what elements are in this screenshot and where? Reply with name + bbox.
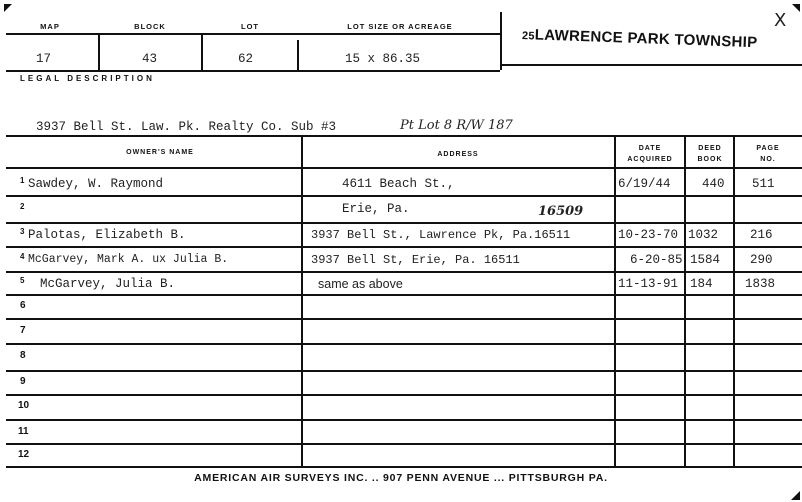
corner-mark-bottom-right (791, 491, 800, 500)
lot-value: 62 (238, 52, 253, 66)
address-header: ADDRESS (303, 149, 613, 160)
row-rule (6, 246, 802, 248)
map-value: 17 (36, 52, 51, 66)
row-number: 11 (18, 426, 29, 437)
row-number: 7 (20, 325, 26, 336)
header-divider (98, 35, 100, 70)
row-number: 9 (20, 376, 26, 387)
lot-size-value: 15 x 86.35 (345, 52, 420, 66)
date-acquired: 10-23-70 (618, 228, 678, 242)
legal-description-handwritten: Pt Lot 8 R/W 187 (400, 118, 513, 133)
corner-mark-top-left (4, 4, 12, 12)
block-label: BLOCK (100, 22, 200, 31)
row-rule (6, 167, 802, 169)
page-no-header: PAGE NO. (736, 143, 800, 165)
row-number: 8 (20, 350, 26, 361)
deed-book: 1032 (688, 228, 718, 242)
legal-description-typed: 3937 Bell St. Law. Pk. Realty Co. Sub #3 (36, 120, 336, 134)
row-number: 4 (20, 252, 24, 261)
row-rule (6, 394, 802, 396)
corner-mark-top-right (792, 4, 800, 12)
owner-address: 3937 Bell St, Erie, Pa. 16511 (311, 253, 520, 267)
township-box-divider (500, 12, 502, 70)
corner-x-mark: X (774, 10, 786, 31)
date-acquired-header: DATE ACQUIRED (616, 143, 684, 165)
address-zip-handwritten: 16509 (538, 204, 583, 219)
row-rule (6, 343, 802, 345)
deed-header-line1: DEED (686, 143, 734, 154)
deed-book: 184 (690, 277, 713, 291)
row-number: 5 (20, 276, 24, 285)
row-rule (6, 370, 802, 372)
page-number: 1838 (745, 277, 775, 291)
column-divider (301, 137, 303, 467)
date-header-line1: DATE (616, 143, 684, 154)
owner-name: Sawdey, W. Raymond (28, 177, 163, 191)
header-top-rule (6, 33, 500, 35)
township-prefix: 25 (522, 30, 535, 42)
row-rule (6, 222, 802, 224)
row-rule (6, 294, 802, 296)
legal-description-label: LEGAL DESCRIPTION (20, 74, 155, 83)
legal-description-rule (6, 135, 802, 137)
row-rule (6, 195, 802, 197)
row-number: 2 (20, 202, 24, 211)
date-acquired: 11-13-91 (618, 277, 678, 291)
page-header-line1: PAGE (736, 143, 800, 154)
row-rule (6, 419, 802, 421)
row-number: 10 (18, 400, 29, 411)
column-divider (614, 137, 616, 467)
printer-imprint: AMERICAN AIR SURVEYS INC. .. 907 PENN AV… (0, 472, 802, 484)
row-rule (6, 271, 802, 273)
deed-header-line2: BOOK (686, 154, 734, 165)
column-divider (684, 137, 686, 467)
page-number: 216 (750, 228, 773, 242)
header-divider (297, 40, 299, 70)
township-title: 25LAWRENCE PARK TOWNSHIP (522, 26, 758, 51)
header-bottom-rule (6, 70, 500, 72)
owner-name: McGarvey, Julia B. (40, 277, 175, 291)
owner-name: Palotas, Elizabeth B. (28, 228, 186, 242)
column-divider (733, 137, 735, 467)
owner-name-header: OWNER'S NAME (20, 147, 300, 158)
deed-book-header: DEED BOOK (686, 143, 734, 165)
row-number: 1 (20, 176, 24, 185)
block-value: 43 (142, 52, 157, 66)
lot-label: LOT (205, 22, 295, 31)
date-acquired: 6/19/44 (618, 177, 671, 191)
lot-size-label: LOT SIZE OR ACREAGE (300, 22, 500, 31)
page-header-line2: NO. (736, 154, 800, 165)
row-number: 12 (18, 449, 29, 460)
township-bottom-rule (500, 64, 802, 66)
row-rule (6, 466, 802, 468)
date-header-line2: ACQUIRED (616, 154, 684, 165)
owner-address: 4611 Beach St., (342, 177, 455, 191)
township-name: LAWRENCE PARK TOWNSHIP (535, 26, 758, 51)
map-label: MAP (10, 22, 90, 31)
row-number: 3 (20, 227, 24, 236)
deed-book: 1584 (690, 253, 720, 267)
date-acquired: 6-20-85 (630, 253, 683, 267)
page-number: 290 (750, 253, 773, 267)
owner-address: Erie, Pa. (342, 202, 410, 216)
deed-book: 440 (702, 177, 725, 191)
row-number: 6 (20, 300, 26, 311)
owner-address: 3937 Bell St., Lawrence Pk, Pa.16511 (311, 228, 570, 242)
header-divider (201, 35, 203, 70)
row-rule (6, 443, 802, 445)
page-number: 511 (752, 177, 775, 191)
row-rule (6, 318, 802, 320)
owner-address: same as above (318, 277, 403, 291)
owner-name: McGarvey, Mark A. ux Julia B. (28, 253, 228, 266)
